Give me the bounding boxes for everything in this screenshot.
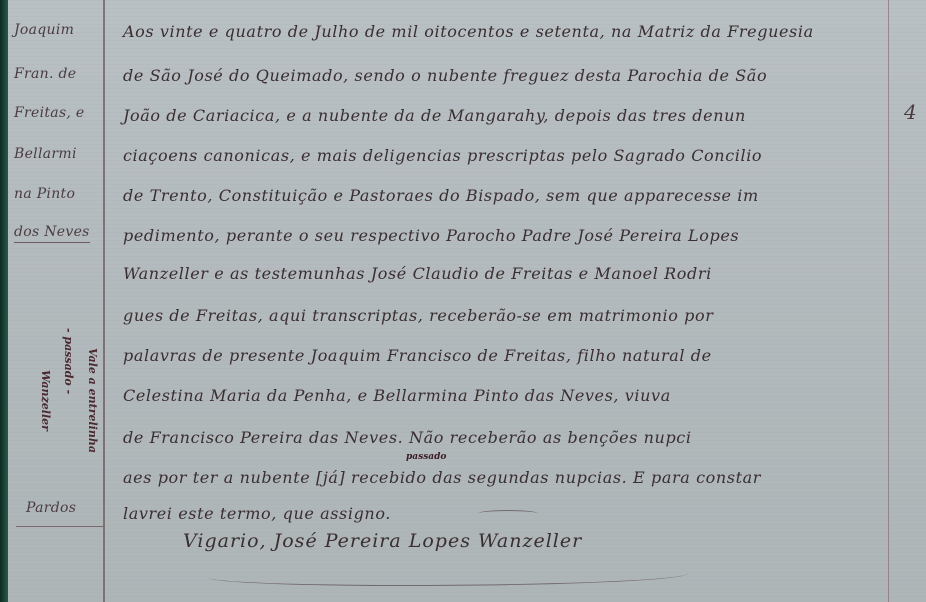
margin-annotation-line: - passado - — [62, 328, 75, 394]
margin-note-line: dos Neves — [14, 224, 90, 243]
margin-note-line: Fran. de — [14, 66, 76, 82]
record-line: Aos vinte e quatro de Julho de mil oitoc… — [123, 22, 814, 41]
margin-annotation-line: Vale a entrelinha — [86, 348, 99, 453]
margin-rule-line — [103, 0, 105, 602]
record-line: palavras de presente Joaquim Francisco d… — [123, 346, 712, 365]
margin-annotation-line: Wanzeller — [39, 370, 52, 431]
record-line: de Trento, Constituição e Pastoraes do B… — [123, 186, 759, 205]
record-line: gues de Freitas, aqui transcriptas, rece… — [123, 306, 714, 325]
record-line: ciaçoens canonicas, e mais deligencias p… — [123, 146, 762, 165]
margin-divider — [16, 526, 103, 527]
margin-note-footer: Pardos — [26, 500, 76, 516]
margin-note-line: na Pinto — [14, 186, 75, 202]
interlinear-insert: passado — [406, 452, 446, 462]
page-number: 4 — [904, 100, 917, 124]
right-rule-line — [888, 0, 889, 602]
margin-note-line: Joaquim — [14, 22, 74, 38]
end-flourish — [478, 510, 538, 517]
margin-note-line: Freitas, e — [14, 105, 85, 121]
manuscript-page: Joaquim Fran. de Freitas, e Bellarmi na … — [8, 0, 926, 602]
record-line: Celestina Maria da Penha, e Bellarmina P… — [123, 386, 671, 405]
signature-flourish — [208, 565, 688, 586]
priest-signature: Vigario, José Pereira Lopes Wanzeller — [183, 530, 582, 552]
record-line: aes por ter a nubente [já] recebido das … — [123, 468, 761, 487]
scan-edge — [0, 0, 8, 602]
record-line: lavrei este termo, que assigno. — [123, 504, 391, 523]
record-line: de São José do Queimado, sendo o nubente… — [123, 66, 767, 85]
record-line: Wanzeller e as testemunhas José Claudio … — [123, 264, 712, 283]
record-line: pedimento, perante o seu respectivo Paro… — [123, 226, 739, 245]
margin-note-line: Bellarmi — [14, 146, 77, 162]
record-line: João de Cariacica, e a nubente da de Man… — [123, 106, 746, 125]
record-line: de Francisco Pereira das Neves. Não rece… — [123, 428, 692, 447]
